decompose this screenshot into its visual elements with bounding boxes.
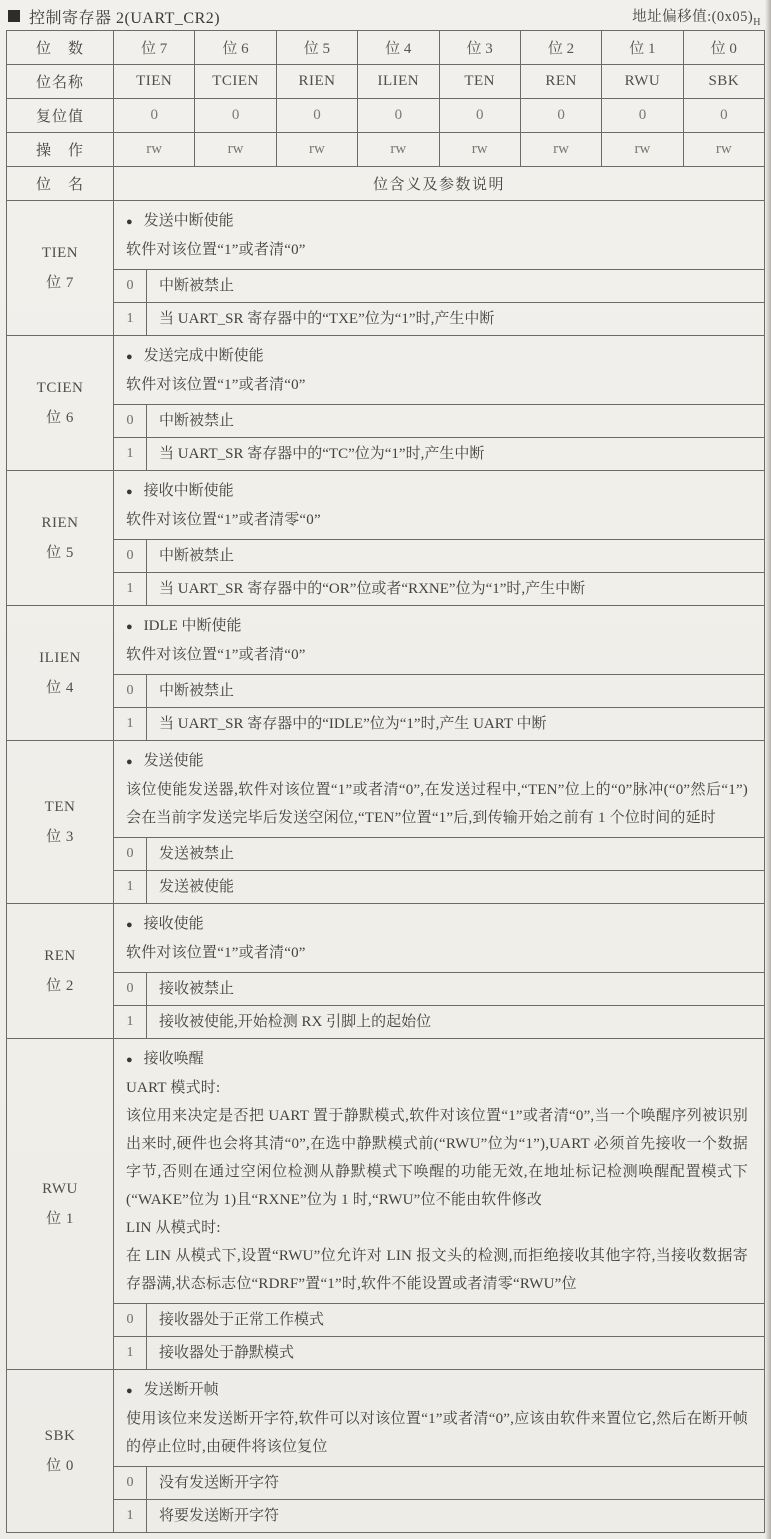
register-table-row: 复位值00000000 bbox=[7, 99, 765, 133]
value-meaning: 中断被禁止 bbox=[147, 541, 764, 571]
value-meaning: 没有发送断开字符 bbox=[147, 1468, 764, 1498]
bit-name: RIEN bbox=[42, 515, 79, 532]
address-offset: 地址偏移值:(0x05)H bbox=[632, 5, 761, 28]
value-number: 1 bbox=[114, 708, 147, 740]
bullet-text: 接收使能 bbox=[144, 916, 204, 932]
bit-number: 位 6 bbox=[46, 406, 74, 427]
register-table: 位 数位 7位 6位 5位 4位 3位 2位 1位 0位名称TIENTCIENR… bbox=[6, 30, 765, 201]
bit-number-cell: 位 2 bbox=[520, 31, 601, 65]
bit-label-cell: REN位 2 bbox=[7, 904, 114, 1038]
bit-number: 位 3 bbox=[46, 825, 74, 846]
value-meaning: 发送被禁止 bbox=[147, 839, 764, 869]
value-number: 0 bbox=[114, 1304, 147, 1336]
value-row: 0中断被禁止 bbox=[114, 404, 764, 437]
description-area: ●接收使能软件对该位置“1”或者清“0” bbox=[114, 904, 764, 972]
bullet-icon: ● bbox=[126, 351, 133, 363]
bullet-line: ●发送完成中断使能 bbox=[126, 342, 748, 371]
value-number: 0 bbox=[114, 270, 147, 302]
bullet-icon: ● bbox=[126, 756, 133, 768]
bit-name: RWU bbox=[42, 1181, 78, 1198]
description-paragraph: 该位用来决定是否把 UART 置于静默模式,软件对该位置“1”或者清“0”,当一… bbox=[126, 1102, 748, 1214]
register-title-text: 控制寄存器 2(UART_CR2) bbox=[29, 5, 220, 28]
value-meaning: 中断被禁止 bbox=[147, 676, 764, 706]
value-meaning: 将要发送断开字符 bbox=[147, 1501, 764, 1531]
description-paragraph: LIN 从模式时: bbox=[126, 1214, 748, 1242]
bit-number-cell: 位 5 bbox=[276, 31, 357, 65]
bullet-text: 发送使能 bbox=[144, 753, 204, 769]
bit-label-cell: TCIEN位 6 bbox=[7, 336, 114, 470]
bullet-line: ●发送使能 bbox=[126, 747, 748, 776]
value-number: 0 bbox=[114, 838, 147, 870]
value-row: 1接收被使能,开始检测 RX 引脚上的起始位 bbox=[114, 1005, 764, 1038]
bit-number-cell: 位 6 bbox=[195, 31, 276, 65]
bit-number: 位 4 bbox=[46, 676, 74, 697]
bullet-icon: ● bbox=[126, 486, 133, 498]
register-table-row: 位 名位含义及参数说明 bbox=[7, 167, 765, 201]
bit-label-cell: RWU位 1 bbox=[7, 1039, 114, 1369]
value-meaning: 当 UART_SR 寄存器中的“OR”位或者“RXNE”位为“1”时,产生中断 bbox=[147, 574, 764, 604]
row-label: 位名称 bbox=[7, 65, 114, 99]
description-area: ●接收中断使能软件对该位置“1”或者清零“0” bbox=[114, 471, 764, 539]
value-meaning: 接收被禁止 bbox=[147, 974, 764, 1004]
description-paragraph: UART 模式时: bbox=[126, 1074, 748, 1102]
bit-number-cell: 位 7 bbox=[114, 31, 195, 65]
description-paragraph: 使用该位来发送断开字符,软件可以对该位置“1”或者清“0”,应该由软件来置位它,… bbox=[126, 1405, 748, 1461]
bit-number: 位 7 bbox=[46, 271, 74, 292]
reset-value-cell: 0 bbox=[114, 99, 195, 133]
address-offset-subscript: H bbox=[753, 16, 761, 27]
bullet-line: ●接收使能 bbox=[126, 910, 748, 939]
value-meaning: 当 UART_SR 寄存器中的“TXE”位为“1”时,产生中断 bbox=[147, 304, 764, 334]
operation-cell: rw bbox=[114, 133, 195, 167]
description-paragraph: 该位使能发送器,软件对该位置“1”或者清“0”,在发送过程中,“TEN”位上的“… bbox=[126, 776, 748, 832]
bit-name: SBK bbox=[45, 1428, 76, 1445]
bullet-line: ●发送中断使能 bbox=[126, 207, 748, 236]
value-meaning: 当 UART_SR 寄存器中的“IDLE”位为“1”时,产生 UART 中断 bbox=[147, 709, 764, 739]
bit-number: 位 5 bbox=[46, 541, 74, 562]
bullet-icon: ● bbox=[126, 621, 133, 633]
section-header: 控制寄存器 2(UART_CR2) 地址偏移值:(0x05)H bbox=[0, 0, 771, 30]
bullet-text: 接收唤醒 bbox=[144, 1051, 204, 1067]
bit-number-cell: 位 1 bbox=[602, 31, 683, 65]
bit-name-cell: TEN bbox=[439, 65, 520, 99]
value-meaning: 接收器处于静默模式 bbox=[147, 1338, 764, 1368]
bit-name-cell: SBK bbox=[683, 65, 764, 99]
value-row: 1当 UART_SR 寄存器中的“TC”位为“1”时,产生中断 bbox=[114, 437, 764, 470]
value-number: 1 bbox=[114, 573, 147, 605]
operation-cell: rw bbox=[439, 133, 520, 167]
operation-cell: rw bbox=[195, 133, 276, 167]
section-marker-icon bbox=[8, 10, 20, 22]
bullet-text: 发送完成中断使能 bbox=[144, 348, 264, 364]
register-table-row: 操 作rwrwrwrwrwrwrwrw bbox=[7, 133, 765, 167]
bit-number-cell: 位 3 bbox=[439, 31, 520, 65]
bit-name-cell: REN bbox=[520, 65, 601, 99]
description-area: ●接收唤醒UART 模式时:该位用来决定是否把 UART 置于静默模式,软件对该… bbox=[114, 1039, 764, 1303]
value-number: 1 bbox=[114, 871, 147, 903]
value-row: 0接收器处于正常工作模式 bbox=[114, 1303, 764, 1336]
value-row: 0中断被禁止 bbox=[114, 539, 764, 572]
description-paragraph: 软件对该位置“1”或者清零“0” bbox=[126, 506, 748, 534]
value-meaning: 当 UART_SR 寄存器中的“TC”位为“1”时,产生中断 bbox=[147, 439, 764, 469]
value-meaning: 接收器处于正常工作模式 bbox=[147, 1305, 764, 1335]
row-label: 复位值 bbox=[7, 99, 114, 133]
bullet-icon: ● bbox=[126, 216, 133, 228]
bit-block: SBK位 0●发送断开帧使用该位来发送断开字符,软件可以对该位置“1”或者清“0… bbox=[7, 1369, 764, 1532]
value-meaning: 接收被使能,开始检测 RX 引脚上的起始位 bbox=[147, 1007, 764, 1037]
value-row: 1将要发送断开字符 bbox=[114, 1499, 764, 1532]
bit-block: RIEN位 5●接收中断使能软件对该位置“1”或者清零“0”0中断被禁止1当 U… bbox=[7, 470, 764, 605]
bit-number: 位 0 bbox=[46, 1454, 74, 1475]
bit-block: REN位 2●接收使能软件对该位置“1”或者清“0”0接收被禁止1接收被使能,开… bbox=[7, 903, 764, 1038]
bullet-text: 发送断开帧 bbox=[144, 1382, 219, 1398]
value-row: 0中断被禁止 bbox=[114, 674, 764, 707]
bit-block: RWU位 1●接收唤醒UART 模式时:该位用来决定是否把 UART 置于静默模… bbox=[7, 1038, 764, 1369]
operation-cell: rw bbox=[276, 133, 357, 167]
reset-value-cell: 0 bbox=[195, 99, 276, 133]
operation-cell: rw bbox=[602, 133, 683, 167]
value-meaning: 中断被禁止 bbox=[147, 406, 764, 436]
bit-label-cell: RIEN位 5 bbox=[7, 471, 114, 605]
value-row: 1当 UART_SR 寄存器中的“OR”位或者“RXNE”位为“1”时,产生中断 bbox=[114, 572, 764, 605]
address-offset-text: 地址偏移值:(0x05) bbox=[632, 9, 753, 25]
value-meaning: 发送被使能 bbox=[147, 872, 764, 902]
value-row: 1发送被使能 bbox=[114, 870, 764, 903]
reset-value-cell: 0 bbox=[358, 99, 439, 133]
bit-block: TEN位 3●发送使能该位使能发送器,软件对该位置“1”或者清“0”,在发送过程… bbox=[7, 740, 764, 903]
bit-block: ILIEN位 4●IDLE 中断使能软件对该位置“1”或者清“0”0中断被禁止1… bbox=[7, 605, 764, 740]
bit-name-cell: TIEN bbox=[114, 65, 195, 99]
bit-number-cell: 位 0 bbox=[683, 31, 764, 65]
bit-description-cell: ●接收使能软件对该位置“1”或者清“0”0接收被禁止1接收被使能,开始检测 RX… bbox=[114, 904, 764, 1038]
bit-name: TIEN bbox=[42, 245, 78, 262]
page-root: 控制寄存器 2(UART_CR2) 地址偏移值:(0x05)H 位 数位 7位 … bbox=[0, 0, 771, 1539]
value-number: 1 bbox=[114, 1006, 147, 1038]
bit-label-cell: ILIEN位 4 bbox=[7, 606, 114, 740]
bullet-line: ●接收中断使能 bbox=[126, 477, 748, 506]
value-number: 0 bbox=[114, 405, 147, 437]
row-label: 位 数 bbox=[7, 31, 114, 65]
register-table-row: 位名称TIENTCIENRIENILIENTENRENRWUSBK bbox=[7, 65, 765, 99]
bit-number: 位 1 bbox=[46, 1207, 74, 1228]
bit-name: ILIEN bbox=[39, 650, 81, 667]
operation-cell: rw bbox=[520, 133, 601, 167]
reset-value-cell: 0 bbox=[520, 99, 601, 133]
value-row: 1接收器处于静默模式 bbox=[114, 1336, 764, 1369]
bit-description-cell: ●发送使能该位使能发送器,软件对该位置“1”或者清“0”,在发送过程中,“TEN… bbox=[114, 741, 764, 903]
bit-block: TCIEN位 6●发送完成中断使能软件对该位置“1”或者清“0”0中断被禁止1当… bbox=[7, 335, 764, 470]
description-paragraph: 软件对该位置“1”或者清“0” bbox=[126, 236, 748, 264]
description-header: 位含义及参数说明 bbox=[114, 167, 765, 201]
bit-description-cell: ●接收中断使能软件对该位置“1”或者清零“0”0中断被禁止1当 UART_SR … bbox=[114, 471, 764, 605]
value-number: 0 bbox=[114, 675, 147, 707]
reset-value-cell: 0 bbox=[439, 99, 520, 133]
value-row: 0没有发送断开字符 bbox=[114, 1466, 764, 1499]
value-number: 1 bbox=[114, 438, 147, 470]
reset-value-cell: 0 bbox=[602, 99, 683, 133]
operation-cell: rw bbox=[358, 133, 439, 167]
reset-value-cell: 0 bbox=[276, 99, 357, 133]
bullet-line: ●接收唤醒 bbox=[126, 1045, 748, 1074]
value-row: 0发送被禁止 bbox=[114, 837, 764, 870]
bit-descriptions: TIEN位 7●发送中断使能软件对该位置“1”或者清“0”0中断被禁止1当 UA… bbox=[6, 201, 765, 1533]
bit-number-cell: 位 4 bbox=[358, 31, 439, 65]
description-paragraph: 软件对该位置“1”或者清“0” bbox=[126, 371, 748, 399]
value-number: 0 bbox=[114, 973, 147, 1005]
bit-block: TIEN位 7●发送中断使能软件对该位置“1”或者清“0”0中断被禁止1当 UA… bbox=[7, 201, 764, 335]
bit-description-cell: ●接收唤醒UART 模式时:该位用来决定是否把 UART 置于静默模式,软件对该… bbox=[114, 1039, 764, 1369]
value-row: 0中断被禁止 bbox=[114, 269, 764, 302]
description-area: ●发送完成中断使能软件对该位置“1”或者清“0” bbox=[114, 336, 764, 404]
bullet-line: ●发送断开帧 bbox=[126, 1376, 748, 1405]
bit-name-cell: RWU bbox=[602, 65, 683, 99]
bit-name: TCIEN bbox=[37, 380, 84, 397]
row-label: 操 作 bbox=[7, 133, 114, 167]
bit-label-cell: TIEN位 7 bbox=[7, 201, 114, 335]
value-meaning: 中断被禁止 bbox=[147, 271, 764, 301]
operation-cell: rw bbox=[683, 133, 764, 167]
bullet-icon: ● bbox=[126, 919, 133, 931]
bit-name: REN bbox=[44, 948, 76, 965]
value-row: 1当 UART_SR 寄存器中的“TXE”位为“1”时,产生中断 bbox=[114, 302, 764, 335]
bullet-icon: ● bbox=[126, 1054, 133, 1066]
description-area: ●IDLE 中断使能软件对该位置“1”或者清“0” bbox=[114, 606, 764, 674]
bit-name-cell: TCIEN bbox=[195, 65, 276, 99]
bit-label-cell: TEN位 3 bbox=[7, 741, 114, 903]
bullet-icon: ● bbox=[126, 1385, 133, 1397]
bullet-line: ●IDLE 中断使能 bbox=[126, 612, 748, 641]
value-number: 1 bbox=[114, 1337, 147, 1369]
bit-name: TEN bbox=[45, 799, 76, 816]
value-number: 0 bbox=[114, 1467, 147, 1499]
bit-number: 位 2 bbox=[46, 974, 74, 995]
value-number: 0 bbox=[114, 540, 147, 572]
value-row: 1当 UART_SR 寄存器中的“IDLE”位为“1”时,产生 UART 中断 bbox=[114, 707, 764, 740]
reset-value-cell: 0 bbox=[683, 99, 764, 133]
bit-description-cell: ●IDLE 中断使能软件对该位置“1”或者清“0”0中断被禁止1当 UART_S… bbox=[114, 606, 764, 740]
description-paragraph: 软件对该位置“1”或者清“0” bbox=[126, 641, 748, 669]
description-area: ●发送中断使能软件对该位置“1”或者清“0” bbox=[114, 201, 764, 269]
description-area: ●发送使能该位使能发送器,软件对该位置“1”或者清“0”,在发送过程中,“TEN… bbox=[114, 741, 764, 837]
bullet-text: 接收中断使能 bbox=[144, 483, 234, 499]
bullet-text: IDLE 中断使能 bbox=[144, 618, 242, 634]
bit-description-cell: ●发送断开帧使用该位来发送断开字符,软件可以对该位置“1”或者清“0”,应该由软… bbox=[114, 1370, 764, 1532]
bit-label-cell: SBK位 0 bbox=[7, 1370, 114, 1532]
value-number: 1 bbox=[114, 303, 147, 335]
bullet-text: 发送中断使能 bbox=[144, 213, 234, 229]
bit-description-cell: ●发送中断使能软件对该位置“1”或者清“0”0中断被禁止1当 UART_SR 寄… bbox=[114, 201, 764, 335]
value-row: 0接收被禁止 bbox=[114, 972, 764, 1005]
value-number: 1 bbox=[114, 1500, 147, 1532]
bit-description-cell: ●发送完成中断使能软件对该位置“1”或者清“0”0中断被禁止1当 UART_SR… bbox=[114, 336, 764, 470]
description-paragraph: 软件对该位置“1”或者清“0” bbox=[126, 939, 748, 967]
register-title: 控制寄存器 2(UART_CR2) bbox=[8, 5, 220, 28]
description-paragraph: 在 LIN 从模式下,设置“RWU”位允许对 LIN 报文头的检测,而拒绝接收其… bbox=[126, 1242, 748, 1298]
description-area: ●发送断开帧使用该位来发送断开字符,软件可以对该位置“1”或者清“0”,应该由软… bbox=[114, 1370, 764, 1466]
row-label: 位 名 bbox=[7, 167, 114, 201]
bit-name-cell: RIEN bbox=[276, 65, 357, 99]
register-table-row: 位 数位 7位 6位 5位 4位 3位 2位 1位 0 bbox=[7, 31, 765, 65]
bit-name-cell: ILIEN bbox=[358, 65, 439, 99]
